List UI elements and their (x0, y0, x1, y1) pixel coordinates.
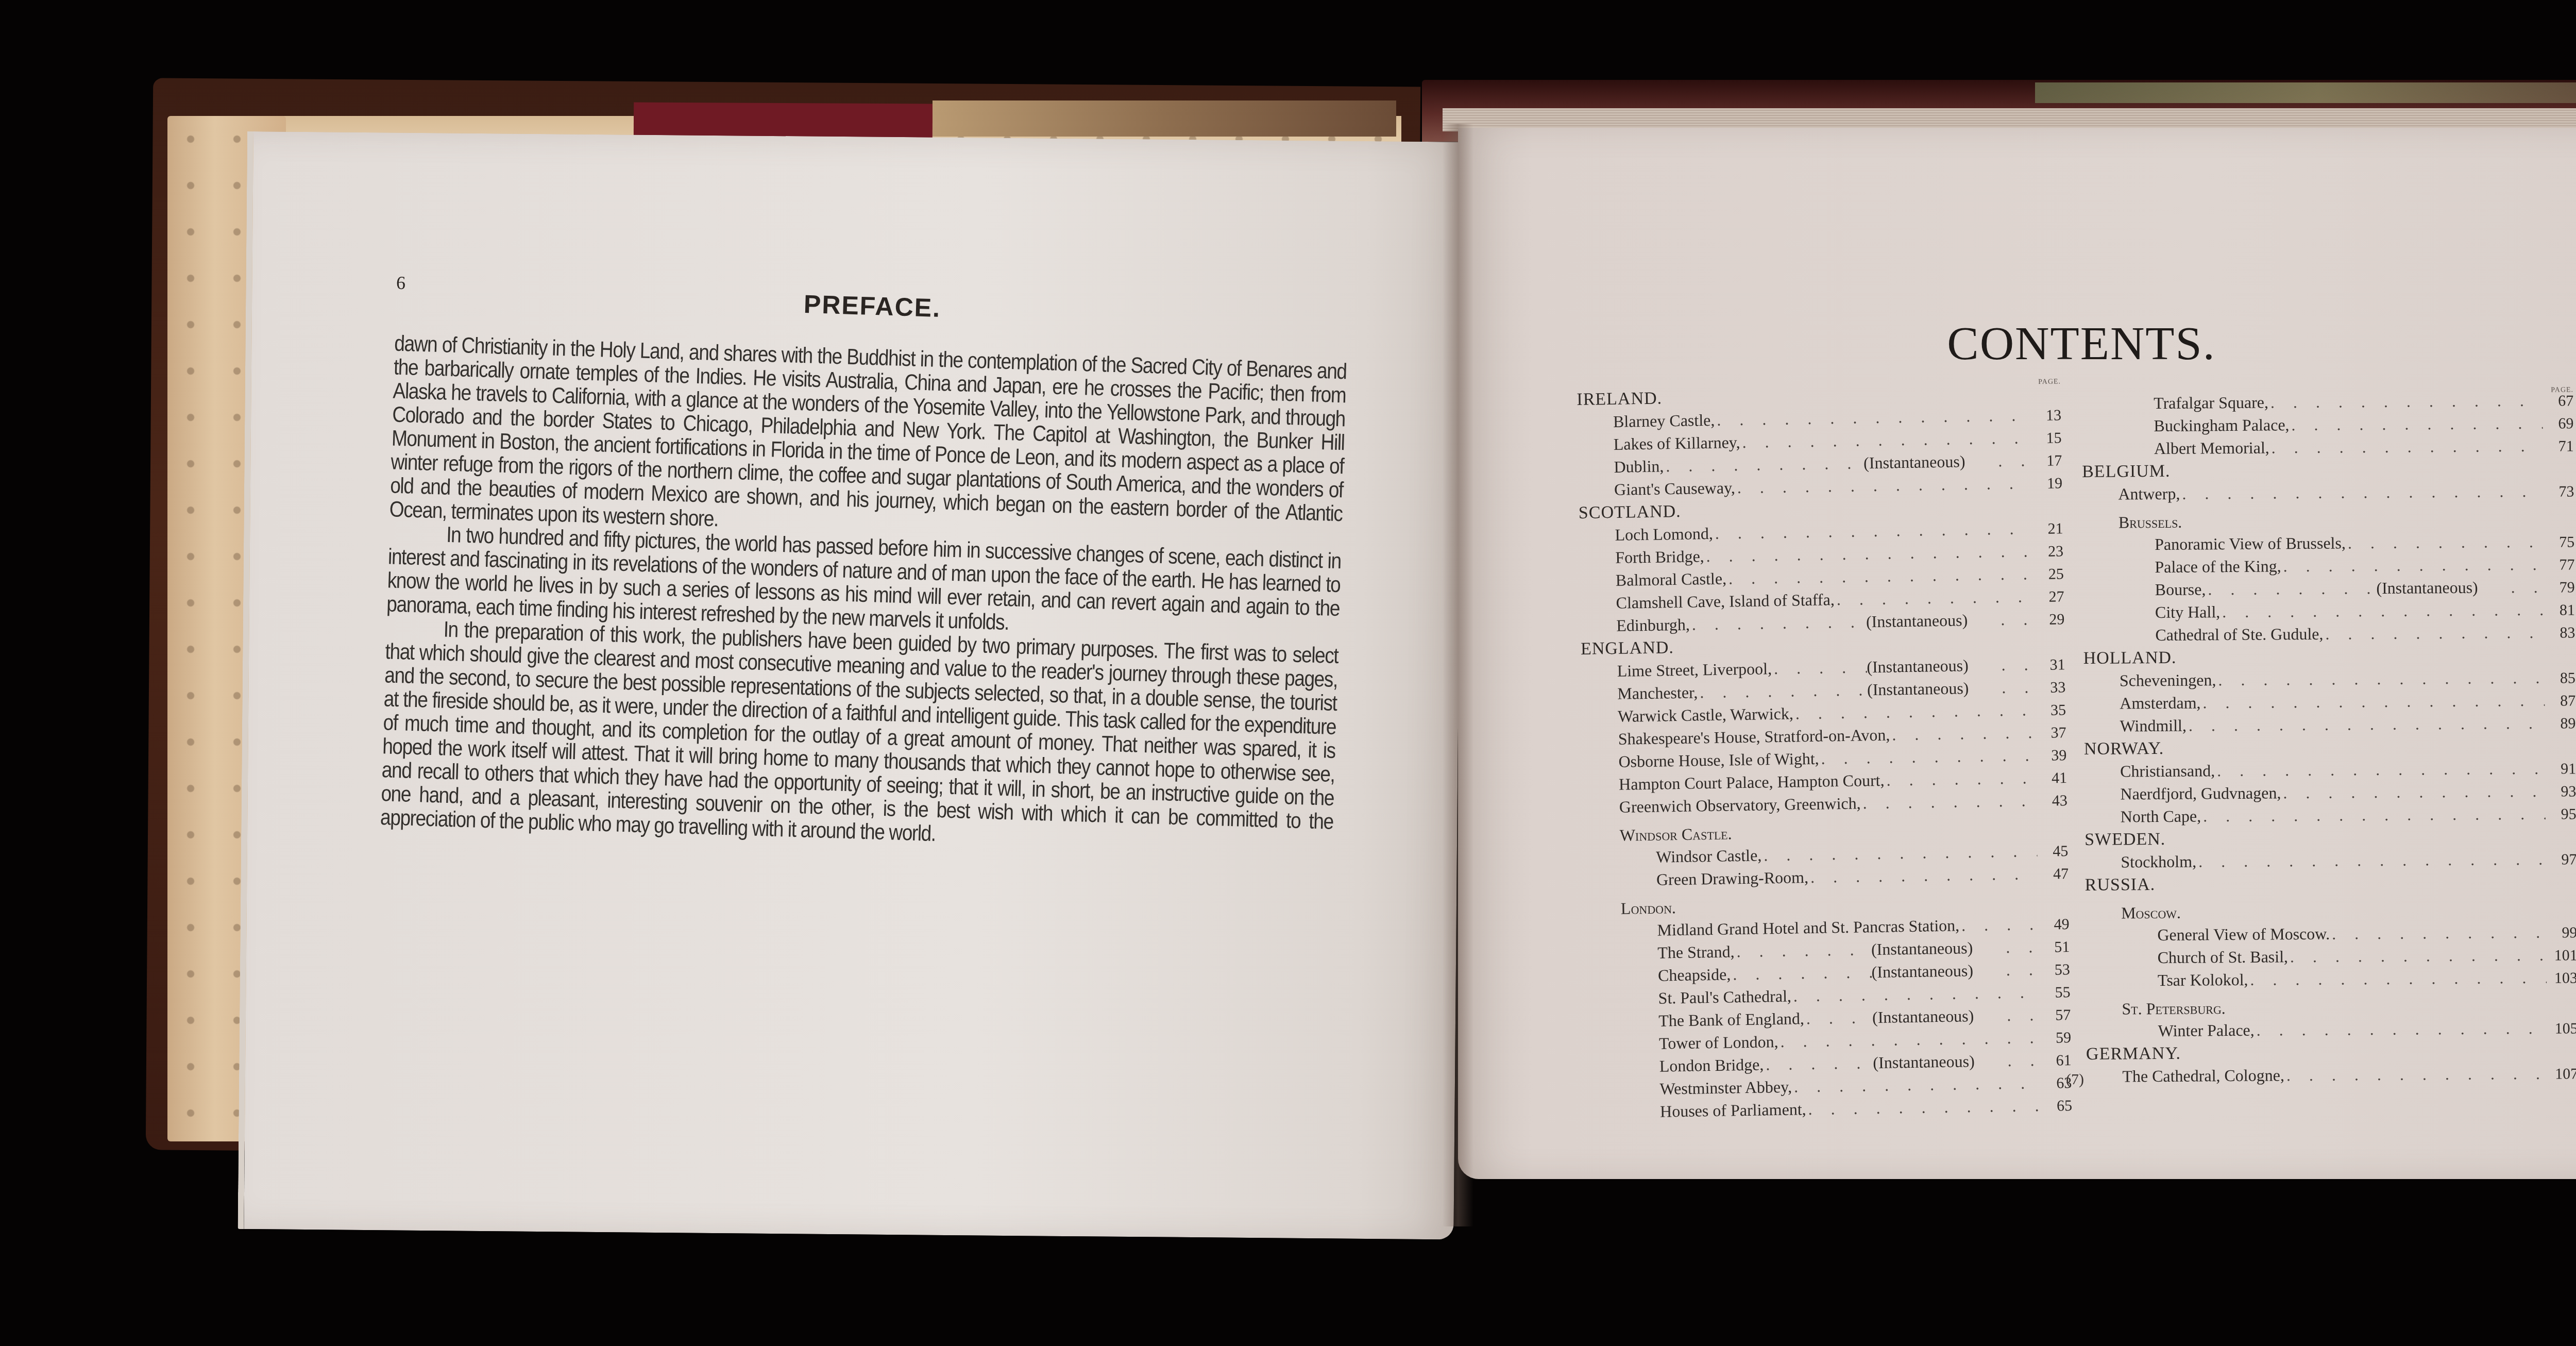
toc-entry-title: The Bank of England, (1658, 1007, 1804, 1031)
preface-paragraph: dawn of Christianity in the Holy Land, a… (389, 331, 1347, 549)
toc-entry: Albert Memorial,71 (2082, 434, 2574, 461)
dot-leader (2323, 621, 2544, 645)
dot-leader (1791, 981, 2040, 1007)
toc-entry-title: Panoramic View of Brussels, (2155, 532, 2346, 555)
toc-page-number: 83 (2544, 622, 2575, 644)
toc-entry-title: Cheapside, (1658, 963, 1731, 986)
toc-entry: Stockholm,97 (2084, 848, 2576, 874)
dot-leader (1999, 653, 2035, 676)
toc-entry-title: Lime Street, Liverpool, (1617, 658, 1772, 682)
dot-leader (2268, 390, 2543, 413)
toc-entry: Naerdfjord, Gudvnagen,93 (2084, 780, 2576, 806)
toc-entry: Tsar Kolokol,103 (2086, 966, 2576, 992)
toc-entry-title: St. Paul's Cathedral, (1658, 985, 1791, 1009)
toc-entry: The Cathedral, Cologne,107 (2086, 1062, 2576, 1088)
toc-entry-title: Albert Memorial, (2154, 436, 2269, 459)
dot-leader (1689, 611, 1866, 635)
dot-leader (1999, 676, 2035, 698)
toc-entry-title: Palace of the King, (2155, 555, 2281, 578)
dot-leader (1664, 452, 1863, 477)
toc-page-number: 41 (2036, 767, 2067, 789)
dot-leader (2281, 780, 2545, 804)
toc-page-number: 13 (2030, 405, 2062, 427)
left-page-preface: 6 PREFACE. dawn of Christianity in the H… (238, 131, 1463, 1240)
toc-page-number: 49 (2038, 914, 2070, 936)
toc-subsection-heading: St. Petersburg. (2086, 994, 2576, 1020)
dot-leader (2005, 1049, 2041, 1071)
toc-entry-title: Dublin, (1614, 455, 1664, 478)
dot-leader (2215, 758, 2545, 781)
dot-leader (1713, 517, 2032, 544)
dot-leader (2180, 480, 2543, 504)
dot-leader (1764, 1052, 1873, 1075)
dot-leader (2509, 576, 2544, 598)
dot-leader (1793, 699, 2036, 724)
toc-entry: Buckingham Palace,69 (2081, 412, 2573, 438)
toc-entry-title: Westminster Abbey, (1659, 1076, 1792, 1100)
toc-entry-note: (Instantaneous) (1867, 677, 2000, 700)
toc-page-number: 99 (2546, 922, 2576, 944)
toc-page-number: 23 (2032, 541, 2064, 563)
toc-page-number: 81 (2544, 599, 2575, 621)
toc-page-number: 59 (2040, 1027, 2072, 1049)
toc-section-heading: NORWAY. (2084, 734, 2576, 761)
toc-page-number: 45 (2037, 840, 2069, 863)
toc-entry-title: Loch Lomond, (1615, 523, 1713, 546)
dot-leader (1734, 938, 1871, 962)
toc-page-number: 67 (2543, 390, 2573, 412)
dot-leader (2206, 577, 2376, 600)
dot-leader (1772, 656, 1867, 679)
toc-entry: Bourse,(Instantaneous)79 (2083, 576, 2575, 602)
page-number: (7) (2066, 1071, 2084, 1088)
dot-leader (1704, 540, 2032, 567)
toc-entry-title: Stockholm, (2121, 850, 2196, 872)
toc-page-number: 69 (2543, 413, 2573, 434)
dot-leader (1731, 961, 1872, 985)
toc-entry-title: London Bridge, (1659, 1053, 1764, 1076)
dot-leader (2346, 531, 2544, 554)
toc-entry-note: (Instantaneous) (2376, 576, 2509, 599)
dot-leader (2284, 1063, 2548, 1086)
toc-entry-title: Warwick Castle, Warwick, (1618, 702, 1793, 727)
toc-column-left: PAGE. IRELAND.Blarney Castle,13Lakes of … (1577, 378, 2072, 1124)
dot-leader (1996, 449, 2031, 472)
toc-page-number: 75 (2544, 531, 2574, 553)
dot-leader (2281, 553, 2544, 577)
toc-entry-note: (Instantaneous) (1873, 1050, 2006, 1073)
toc-page-number: 27 (2033, 586, 2064, 608)
toc-subsection-heading: Moscow. (2085, 898, 2576, 924)
toc-page-number: 101 (2547, 945, 2576, 966)
toc-entry: Windmill,89 (2083, 712, 2575, 738)
dot-leader (1698, 679, 1867, 703)
toc-entry-title: Windsor Castle, (1656, 844, 1762, 867)
toc-entry-title: Naerdfjord, Gudvnagen, (2120, 782, 2281, 804)
toc-entry: Cathedral of Ste. Gudule,83 (2083, 621, 2575, 647)
dot-leader (2255, 1017, 2547, 1041)
toc-page-number: 53 (2039, 959, 2071, 981)
toc-entry: Church of St. Basil,101 (2086, 944, 2576, 970)
toc-page-number: 61 (2040, 1050, 2072, 1072)
right-page-contents: CONTENTS. PAGE. IRELAND.Blarney Castle,1… (1458, 128, 2576, 1179)
toc-entry-title: General View of Moscow. (2157, 923, 2330, 946)
toc-entry: Panoramic View of Brussels,75 (2082, 530, 2574, 557)
dot-leader (1884, 767, 2036, 791)
dot-leader (1804, 1006, 1873, 1029)
toc-page-number: 103 (2547, 967, 2576, 989)
dot-leader (1819, 744, 2036, 769)
toc-entry-title: Shakespeare's House, Stratford-on-Avon, (1618, 724, 1890, 750)
toc-page-number: 65 (2041, 1095, 2073, 1117)
toc-entry-title: Church of St. Basil, (2158, 946, 2289, 968)
dot-leader (1890, 721, 2036, 745)
dot-leader (1761, 840, 2038, 866)
running-head: PREFACE. (396, 272, 1349, 335)
toc-entry-title: Windmill, (2120, 715, 2187, 737)
dot-leader (2004, 936, 2039, 958)
toc-entry-title: Manchester, (1617, 681, 1698, 704)
toc-entry-title: Buckingham Palace, (2154, 414, 2289, 436)
toc-page-number: 79 (2544, 577, 2575, 598)
toc-page-number: 39 (2036, 745, 2067, 767)
toc-entry-title: Osborne House, Isle of Wight, (1618, 748, 1819, 772)
toc-entry-title: City Hall, (2155, 601, 2221, 623)
toc-page-number: 25 (2033, 563, 2064, 585)
toc-entry-note: (Instantaneous) (1872, 1004, 2005, 1028)
toc-entry-title: Forth Bridge, (1615, 545, 1704, 568)
toc-page-number: 97 (2546, 849, 2576, 870)
preface-paragraph: In the preparation of this work, the pub… (380, 616, 1338, 857)
toc-page-number: 17 (2031, 450, 2062, 472)
toc-page-number: 71 (2543, 435, 2574, 457)
toc-page-number: 21 (2032, 518, 2063, 540)
dot-leader (1726, 563, 2033, 589)
toc-page-number: 43 (2036, 790, 2067, 812)
toc-page-number: 55 (2039, 982, 2071, 1004)
toc-entry-title: Tower of London, (1659, 1031, 1778, 1054)
toc-entry-title: Amsterdam, (2120, 692, 2201, 714)
cover-edge-right (2035, 82, 2576, 103)
toc-entry: City Hall,81 (2083, 598, 2575, 625)
toc-page-number: 85 (2545, 667, 2575, 689)
dot-leader (2248, 967, 2547, 990)
toc-page-number: 47 (2038, 863, 2069, 885)
dot-leader (2196, 848, 2546, 872)
toc-entry: Scheveningen,85 (2083, 666, 2575, 693)
toc-page-number: 89 (2545, 713, 2575, 734)
toc-entry-note: (Instantaneous) (1871, 936, 2004, 960)
toc-entry: Antwerp,73 (2082, 480, 2574, 506)
page-number: 6 (396, 272, 405, 294)
page-title: CONTENTS. (1458, 316, 2576, 371)
toc-entry-title: North Cape, (2121, 805, 2201, 827)
toc-entry-title: Lakes of Killarney, (1613, 431, 1740, 455)
dot-leader (1834, 585, 2033, 610)
dot-leader (2200, 689, 2545, 714)
toc-entry-title: Tsar Kolokol, (2158, 969, 2248, 991)
dot-leader (1860, 789, 2037, 814)
toc-entry-title: Hampton Court Palace, Hampton Court, (1619, 769, 1885, 795)
toc-section-heading: GERMANY. (2086, 1039, 2576, 1066)
toc-entry-note: (Instantaneous) (1867, 654, 1999, 678)
toc-entry-title: Winter Palace, (2158, 1019, 2255, 1041)
toc-entry-title: Trafalgar Square, (2154, 391, 2268, 414)
toc-entry-title: Cathedral of Ste. Gudule, (2155, 623, 2323, 646)
toc-entry: Amsterdam,87 (2083, 689, 2575, 715)
book-gutter (1443, 124, 1473, 1226)
dot-leader (1808, 863, 2038, 888)
dot-leader (1806, 1095, 2041, 1120)
toc-page-number: 35 (2035, 699, 2066, 721)
toc-entry-note: (Instantaneous) (1863, 450, 1996, 474)
toc-page-number: 19 (2031, 473, 2063, 495)
toc-section-heading: SWEDEN. (2084, 825, 2576, 851)
toc-entry: Trafalgar Square,67 (2081, 389, 2573, 415)
toc-page-number: 37 (2035, 722, 2066, 744)
dot-leader (2201, 803, 2546, 827)
toc-entry-title: Christiansand, (2120, 760, 2215, 782)
dot-leader (2330, 921, 2546, 945)
dot-leader (2004, 958, 2040, 981)
toc-entry-title: Scheveningen, (2120, 669, 2216, 691)
toc-page-number: 105 (2547, 1018, 2576, 1039)
dot-leader (1740, 427, 2031, 453)
dot-leader (2220, 599, 2544, 622)
toc-entry-title: The Cathedral, Cologne, (2122, 1064, 2284, 1087)
toc-page-number: 15 (2030, 427, 2062, 449)
toc-entry-title: Antwerp, (2118, 483, 2180, 505)
toc-page-number: 31 (2034, 654, 2065, 676)
preface-body: dawn of Christianity in the Holy Land, a… (380, 331, 1347, 857)
toc-column-right: PAGE. Trafalgar Square,67Buckingham Pala… (2081, 386, 2576, 1088)
toc-page-number: 107 (2547, 1063, 2576, 1085)
cover-edge (933, 100, 1396, 137)
preface-block: 6 PREFACE. dawn of Christianity in the H… (380, 272, 1349, 857)
toc-entry-title: Blarney Castle, (1613, 409, 1715, 432)
toc-entry-title: Bourse, (2155, 578, 2206, 600)
dot-leader (1715, 404, 2030, 431)
toc-page-number: 91 (2545, 758, 2576, 780)
toc-page-number: 73 (2543, 481, 2574, 502)
toc-subsection-heading: Brussels. (2082, 508, 2574, 534)
dot-leader (1998, 608, 2034, 630)
toc-section-heading: BELGIUM. (2082, 457, 2574, 483)
toc-entry-title: Giant's Causeway, (1614, 477, 1735, 500)
dot-leader (1735, 472, 2032, 498)
toc-page-number: 51 (2039, 936, 2070, 958)
toc-entry-note: (Instantaneous) (1871, 959, 2004, 983)
toc-page-number: 93 (2545, 781, 2576, 802)
dot-leader (2187, 712, 2545, 736)
toc-entry-title: Balmoral Castle, (1616, 567, 1727, 591)
toc-entry: Christiansand,91 (2084, 757, 2576, 783)
toc-entry-title: Midland Grand Hotel and St. Pancras Stat… (1657, 914, 1959, 940)
dot-leader (2289, 412, 2543, 435)
toc-entry: North Cape,95 (2084, 802, 2576, 829)
toc-entry-note: (Instantaneous) (1866, 609, 1999, 632)
toc-page-number: 29 (2033, 609, 2065, 631)
dot-leader (1959, 913, 2039, 936)
toc-entry-title: Clamshell Cave, Island of Staffa, (1616, 588, 1835, 614)
toc-entry-title: Greenwich Observatory, Greenwich, (1619, 792, 1861, 817)
toc-page-number: 95 (2546, 803, 2576, 825)
toc-section-heading: HOLLAND. (2083, 644, 2575, 670)
dot-leader (1778, 1027, 2040, 1052)
toc-entry-title: Green Drawing-Room, (1656, 866, 1809, 890)
toc-page-number: 57 (2040, 1004, 2071, 1027)
toc-entry-title: Edinburgh, (1616, 614, 1690, 636)
toc-entry: Palace of the King,77 (2082, 553, 2574, 579)
toc-entry: General View of Moscow.99 (2085, 921, 2576, 947)
dot-leader (2288, 944, 2547, 968)
toc-section-heading: RUSSIA. (2085, 870, 2576, 897)
toc-page-number: 33 (2035, 677, 2066, 699)
toc-page-number: 87 (2545, 690, 2575, 712)
dot-leader (2216, 667, 2545, 691)
dot-leader (2269, 435, 2543, 459)
ribbon-marker (634, 102, 933, 140)
toc-entry-title: Houses of Parliament, (1660, 1098, 1806, 1122)
toc-entry: Winter Palace,105 (2086, 1017, 2576, 1043)
dot-leader (1792, 1072, 2041, 1098)
toc-page-number: 77 (2544, 554, 2574, 576)
dot-leader (2005, 1004, 2040, 1026)
toc-entry-title: The Strand, (1657, 940, 1735, 963)
